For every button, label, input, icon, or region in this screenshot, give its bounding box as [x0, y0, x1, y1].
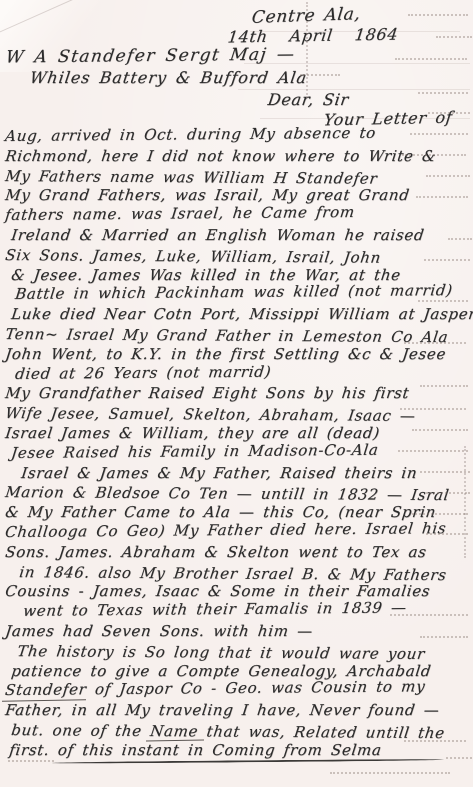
scan-artifact-dotted-line [420, 471, 470, 473]
scan-artifact-dotted-line [428, 112, 470, 114]
handwritten-line: Standefer of Jaspor Co - Geo. was Cousin… [2, 677, 473, 701]
scanned-letter-page: Centre Ala, 14th April 1864 W A Standefe… [0, 0, 473, 787]
scan-artifact-dotted-line [426, 175, 470, 177]
scan-artifact-faint-rule [250, 31, 460, 32]
handwritten-line: Father, in all My traveling I have, Neve… [2, 701, 473, 721]
handwritten-line: Challooga Co Geo) My Father died here. I… [2, 519, 473, 543]
scan-artifact-dotted-line [424, 259, 470, 261]
handwritten-line: Sons. James. Abraham & Skelton went to T… [2, 543, 473, 563]
scan-artifact-dotted-line [8, 760, 54, 762]
recipient-unit-line: Whiles Battery & Bufford Ala [29, 68, 309, 87]
scan-artifact-faint-rule [238, 89, 470, 90]
handwritten-line: My Grandfather Raised Eight Sons by his … [2, 384, 473, 404]
handwritten-line: James had Seven Sons. with him — [2, 622, 473, 642]
handwritten-line: died at 26 Years (not marrid) [2, 360, 473, 384]
scan-artifact-dotted-line [404, 740, 466, 742]
handwritten-line: went to Texas with their Famalis in 1839… [2, 598, 473, 622]
scan-artifact-faint-rule [244, 63, 470, 64]
scan-artifact-dotted-line [426, 533, 468, 535]
handwritten-line: Israel & James & My Father, Raised their… [2, 464, 473, 484]
handwritten-line: Battle in which Packinham was killed (no… [2, 281, 473, 305]
scan-artifact-dotted-line [398, 450, 468, 452]
scan-artifact-dotted-line [412, 513, 468, 515]
scan-artifact-dotted-line [446, 757, 472, 759]
scan-artifact-dotted-line [418, 300, 468, 302]
scan-artifact-faint-rule [260, 118, 470, 119]
scan-artifact-dotted-line [448, 238, 472, 240]
scan-artifact-dotted-line [402, 154, 466, 156]
handwritten-line: first. of this instant in Coming from Se… [2, 741, 473, 761]
scan-artifact-dotted-line [330, 772, 450, 774]
handwritten-line: Ireland & Married an English Woman he ra… [2, 226, 473, 246]
scan-artifact-dotted-line [420, 385, 468, 387]
scan-artifact-dotted-line [408, 14, 468, 16]
scan-artifact-vertical-crease [306, 2, 308, 98]
letter-body: Aug, arrived in Oct. during My absence t… [2, 127, 473, 761]
scan-artifact-dotted-line [410, 133, 468, 135]
scan-artifact-dotted-line [416, 196, 468, 198]
recipient-name-line: W A Standefer Sergt Maj — [4, 44, 296, 67]
handwritten-line: Luke died Near Cotn Port, Missippi Willi… [2, 305, 473, 325]
handwritten-line: Aug, arrived in Oct. during My absence t… [2, 123, 473, 147]
scan-artifact-dotted-line [400, 408, 466, 410]
scan-artifact-dotted-line [390, 614, 468, 616]
scan-artifact-dotted-line [420, 636, 468, 638]
scan-artifact-dotted-line [412, 429, 468, 431]
handwritten-line: fathers name. was Israel, he Came from [2, 202, 473, 226]
scan-artifact-vertical-crease [464, 446, 466, 558]
scan-artifact-dotted-line [418, 92, 468, 94]
scan-artifact-dotted-line [436, 36, 472, 38]
dateline-date: 14th April 1864 [227, 25, 400, 47]
handwritten-line: Richmond, here I did not know where to W… [2, 147, 473, 167]
scan-artifact-dotted-line [395, 58, 467, 60]
salutation: Dear, Sir [267, 90, 351, 109]
scan-artifact-dotted-line [404, 342, 466, 344]
